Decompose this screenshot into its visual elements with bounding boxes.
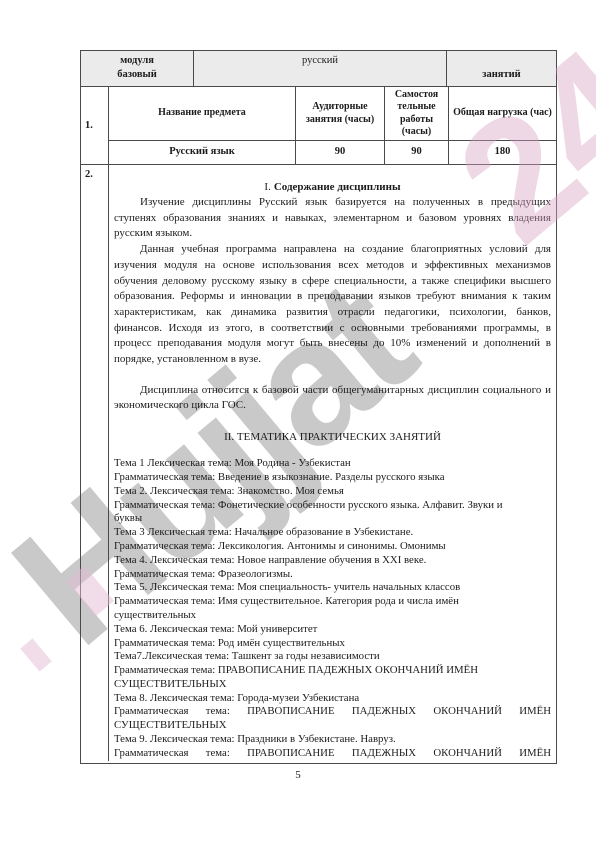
value-subject: Русский язык bbox=[109, 141, 295, 164]
page-number: 5 bbox=[0, 769, 596, 781]
theme-line: Грамматическая тема: Введение в языкозна… bbox=[114, 471, 551, 485]
table-values-row: Русский язык 90 90 180 bbox=[109, 140, 556, 164]
theme-line: Тема7.Лексическая тема: Ташкент за годы … bbox=[114, 650, 551, 664]
section-heading-1-title: Содержание дисциплины bbox=[274, 181, 401, 193]
theme-line: Тема 4. Лексическая тема: Новое направле… bbox=[114, 554, 551, 568]
theme-line: Тема 5. Лексическая тема: Моя специально… bbox=[114, 581, 551, 595]
sessions-cell: занятий 6 bbox=[446, 51, 556, 86]
theme-line: существительных bbox=[114, 609, 551, 623]
theme-line: Грамматическая тема: ПРАВОПИСАНИЕ ПАДЕЖН… bbox=[114, 705, 551, 719]
section-heading-2: II. ТЕМАТИКА ПРАКТИЧЕСКИХ ЗАНЯТИЙ bbox=[114, 429, 551, 445]
table-subject-block: 1. Название предмета Аудиторные занятия … bbox=[81, 86, 556, 164]
table-top-row: модуля базовый русский занятий 6 bbox=[81, 51, 556, 86]
sessions-label: занятий bbox=[447, 68, 556, 82]
theme-line: Тема 3 Лексическая тема: Начальное образ… bbox=[114, 526, 551, 540]
theme-line: Грамматическая тема: Род имён существите… bbox=[114, 637, 551, 651]
value-self-study-hours: 90 bbox=[384, 141, 448, 164]
section-heading-1-number: I. bbox=[264, 181, 270, 193]
table-header-row: Название предмета Аудиторные занятия (ча… bbox=[109, 87, 556, 140]
paragraph: Изучение дисциплины Русский язык базируе… bbox=[114, 195, 551, 242]
theme-line: Грамматическая тема: ПРАВОПИСАНИЕ ПАДЕЖН… bbox=[114, 664, 551, 678]
header-total-load: Общая нагрузка (час) bbox=[448, 87, 556, 140]
theme-line: Грамматическая тема: Имя существительное… bbox=[114, 595, 551, 609]
theme-line: Тема 6. Лексическая тема: Мой университе… bbox=[114, 623, 551, 637]
theme-line: Тема 8. Лексическая тема: Города-музеи У… bbox=[114, 692, 551, 706]
row-number-1: 1. bbox=[81, 87, 108, 164]
themes-list: Тема 1 Лексическая тема: Моя Родина - Уз… bbox=[114, 457, 551, 761]
header-self-study-hours: Самостоя тельные работы (часы) bbox=[384, 87, 448, 140]
content-cell: I.Содержание дисциплины Изучение дисципл… bbox=[108, 165, 556, 761]
row-number-2: 2. bbox=[81, 165, 108, 761]
document-page: Hujjat модуля базовый русский занятий 6 … bbox=[0, 0, 596, 842]
theme-line: Тема 9. Лексическая тема: Праздники в Уз… bbox=[114, 733, 551, 747]
theme-line: Тема 2. Лексическая тема: Знакомство. Мо… bbox=[114, 485, 551, 499]
header-subject: Название предмета bbox=[109, 87, 295, 140]
info-table: модуля базовый русский занятий 6 1. Назв… bbox=[80, 50, 557, 764]
theme-line: Грамматическая тема: Лексикология. Антон… bbox=[114, 540, 551, 554]
language-cell: русский bbox=[193, 51, 446, 86]
theme-line: Грамматическая тема: Фразеологизмы. bbox=[114, 568, 551, 582]
theme-line: Грамматическая тема: ПРАВОПИСАНИЕ ПАДЕЖН… bbox=[114, 747, 551, 761]
theme-line: СУЩЕСТВИТЕЛЬНЫХ bbox=[114, 719, 551, 733]
paragraph: Данная учебная программа направлена на с… bbox=[114, 242, 551, 368]
theme-line: буквы bbox=[114, 512, 551, 526]
module-cell: модуля базовый bbox=[81, 51, 193, 86]
theme-line: Тема 1 Лексическая тема: Моя Родина - Уз… bbox=[114, 457, 551, 471]
value-total-load: 180 bbox=[448, 141, 556, 164]
paragraph: Дисциплина относится к базовой части общ… bbox=[114, 383, 551, 414]
watermark-pink-chip bbox=[20, 638, 52, 671]
value-classroom-hours: 90 bbox=[295, 141, 384, 164]
theme-line: СУЩЕСТВИТЕЛЬНЫХ bbox=[114, 678, 551, 692]
header-classroom-hours: Аудиторные занятия (часы) bbox=[295, 87, 384, 140]
theme-line: Грамматическая тема: Фонетические особен… bbox=[114, 499, 551, 513]
section-heading-1: I.Содержание дисциплины bbox=[114, 179, 551, 195]
table-content-block: 2. I.Содержание дисциплины Изучение дисц… bbox=[81, 164, 556, 761]
